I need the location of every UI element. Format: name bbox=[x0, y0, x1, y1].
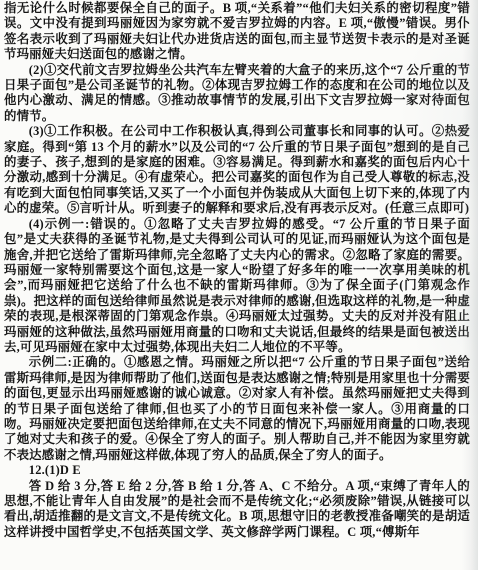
paragraph-answer-2: (2)①交代前文吉罗拉姆坐公共汽车左臂夹着的大盒子的来历,这个“7 公斤重的节日… bbox=[4, 63, 470, 125]
paragraph-question-12-analysis: 答 D 给 3 分,答 E 给 2 分,答 B 给 1 分,答 A、C 不给分。… bbox=[4, 479, 470, 541]
scanned-answer-page: 指无论什么时候都要保全自己的面子。B 项,“关系着”“他们夫妇关系的密切程度”错… bbox=[0, 0, 478, 570]
paragraph-option-analysis-continued: 指无论什么时候都要保全自己的面子。B 项,“关系着”“他们夫妇关系的密切程度”错… bbox=[4, 1, 470, 63]
paragraph-answer-4-example-1: (4)示例一:错误的。①忽略了丈夫吉罗拉姆的感受。“7 公斤重的节日果子面包”是… bbox=[4, 217, 470, 356]
paragraph-answer-3: (3)①工作积极。在公司中工作积极认真,得到公司董事长和同事的认可。②热爱家庭。… bbox=[4, 124, 470, 216]
paragraph-question-12-answer: 12.(1)D E bbox=[4, 463, 470, 478]
paragraph-answer-4-example-2: 示例二:正确的。①感恩之情。玛丽娅之所以把“7 公斤重的节日果子面包”送给雷斯玛… bbox=[4, 355, 470, 463]
